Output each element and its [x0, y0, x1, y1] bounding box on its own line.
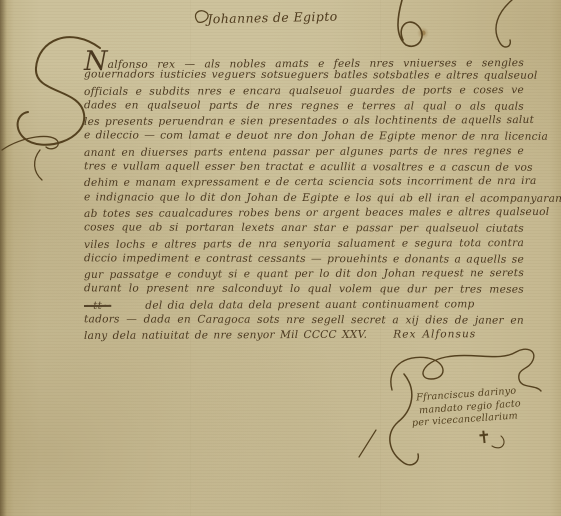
body-line-with-deletion: ~tt~del dia dela data dela present auant… — [84, 297, 524, 314]
document-heading: Johannes de Egipto — [185, 8, 360, 27]
body-line: gouernadors iusticies veguers sotsueguer… — [84, 68, 524, 85]
letter-body: Nalfonso rex — als nobles amats e feels … — [84, 53, 524, 344]
heading-flourish — [398, 0, 422, 46]
rubric-tail — [492, 436, 504, 448]
royal-subscription: Rex Alfonsus — [393, 329, 476, 341]
manuscript-page: Johannes de Egipto Nalfonso rex — als no… — [0, 0, 561, 516]
body-line: dehim e manam expressament e de certa sc… — [84, 174, 524, 191]
body-line: anant en diuerses parts entena passar pe… — [84, 144, 524, 161]
body-line-text: del dia dela data dela present auant con… — [145, 298, 474, 311]
body-line: coses que ab si portaran lexets anar sta… — [84, 221, 524, 238]
signature-slash — [359, 430, 376, 457]
margin-bracket — [35, 150, 42, 180]
notarial-cross-rubric: ✝ — [476, 427, 492, 448]
chancery-signature: Ffranciscus darinyo mandato regio facto … — [416, 384, 546, 430]
body-line: viles lochs e altres parts de nra senyor… — [84, 236, 524, 253]
body-line: officials e subdits nres e encara qualse… — [84, 83, 524, 100]
body-line: durant lo present nre salconduyt lo qual… — [84, 282, 524, 299]
page-binding-edge — [0, 0, 7, 516]
dateline: lany dela natiuitat de nre senyor Mil CC… — [84, 327, 524, 344]
corner-flourish — [496, 0, 512, 47]
struck-out-word: ~tt~ — [84, 300, 111, 312]
dateline-text: lany dela natiuitat de nre senyor Mil CC… — [84, 329, 367, 342]
body-line: e dileccio — com lamat e deuot nre don J… — [84, 129, 524, 146]
margin-hook — [2, 136, 58, 150]
body-line: e indignacio que lo dit don Johan de Egi… — [84, 190, 524, 207]
